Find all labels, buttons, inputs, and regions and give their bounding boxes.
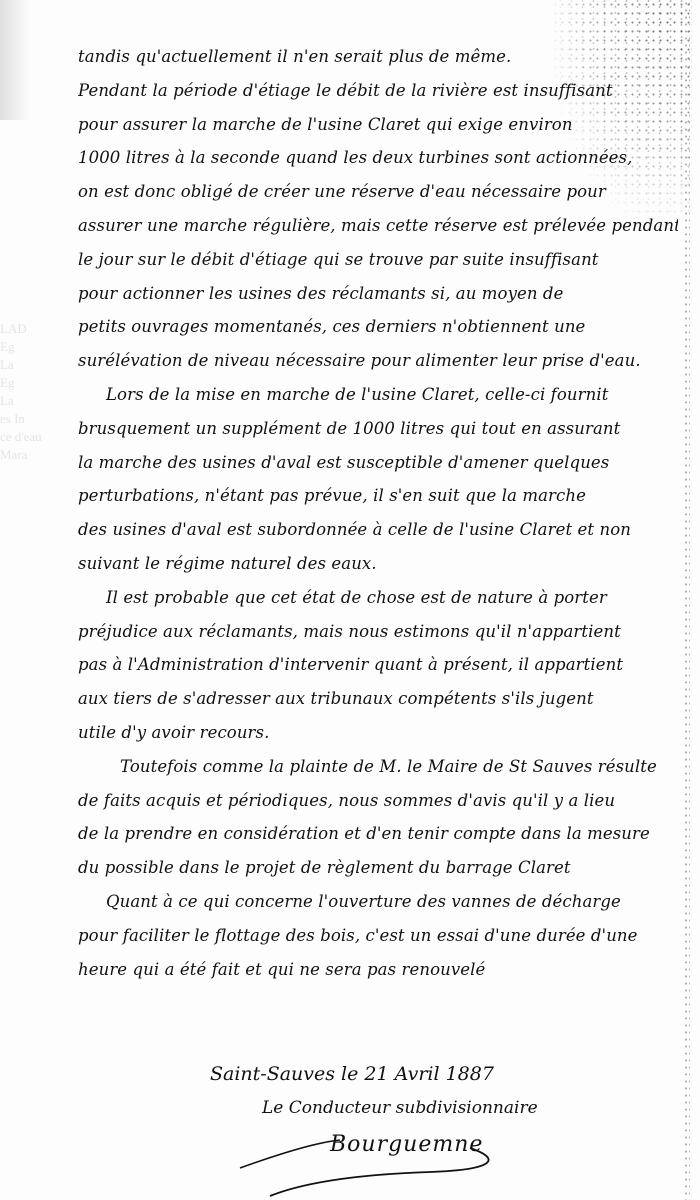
body-line: Toutefois comme la plainte de M. le Mair… [78,750,678,784]
body-line: petits ouvrages momentanés, ces derniers… [78,310,678,344]
body-line: suivant le régime naturel des eaux. [78,547,678,581]
body-line: 1000 litres à la seconde quand les deux … [78,141,678,175]
body-line: perturbations, n'étant pas prévue, il s'… [78,479,678,513]
page-edge-speckle [684,0,690,1200]
body-line: pour assurer la marche de l'usine Claret… [78,108,678,142]
body-line: Pendant la période d'étiage le débit de … [78,74,678,108]
body-line: surélévation de niveau nécessaire pour a… [78,344,678,378]
scan-shadow [0,0,30,120]
body-line: de faits acquis et périodiques, nous som… [78,784,678,818]
body-line: du possible dans le projet de règlement … [78,851,678,885]
place-and-date: Saint-Sauves le 21 Avril 1887 [210,1063,494,1085]
body-line: utile d'y avoir recours. [78,716,678,750]
letter-body: tandis qu'actuellement il n'en serait pl… [78,40,678,986]
body-line: Quant à ce qui concerne l'ouverture des … [78,885,678,919]
body-line: pour faciliter le flottage des bois, c'e… [78,919,678,953]
signature: Bourguemne [330,1132,483,1157]
body-line: la marche des usines d'aval est suscepti… [78,446,678,480]
body-line: préjudice aux réclamants, mais nous esti… [78,615,678,649]
body-line: pour actionner les usines des réclamants… [78,277,678,311]
body-line: pas à l'Administration d'intervenir quan… [78,648,678,682]
body-line: tandis qu'actuellement il n'en serait pl… [78,40,678,74]
body-line: heure qui a été fait et qui ne sera pas … [78,953,678,987]
body-line: Il est probable que cet état de chose es… [78,581,678,615]
body-line: brusquement un supplément de 1000 litres… [78,412,678,446]
body-line: Lors de la mise en marche de l'usine Cla… [78,378,678,412]
body-line: de la prendre en considération et d'en t… [78,817,678,851]
body-line: assurer une marche régulière, mais cette… [78,209,678,243]
body-line: le jour sur le débit d'étiage qui se tro… [78,243,678,277]
signatory-role: Le Conducteur subdivisionnaire [262,1098,538,1118]
scanned-letter-page: LAD Eg La Eg La es In ce d'eau Mara tand… [0,0,700,1200]
body-line: des usines d'aval est subordonnée à cell… [78,513,678,547]
body-line: aux tiers de s'adresser aux tribunaux co… [78,682,678,716]
body-line: on est donc obligé de créer une réserve … [78,175,678,209]
